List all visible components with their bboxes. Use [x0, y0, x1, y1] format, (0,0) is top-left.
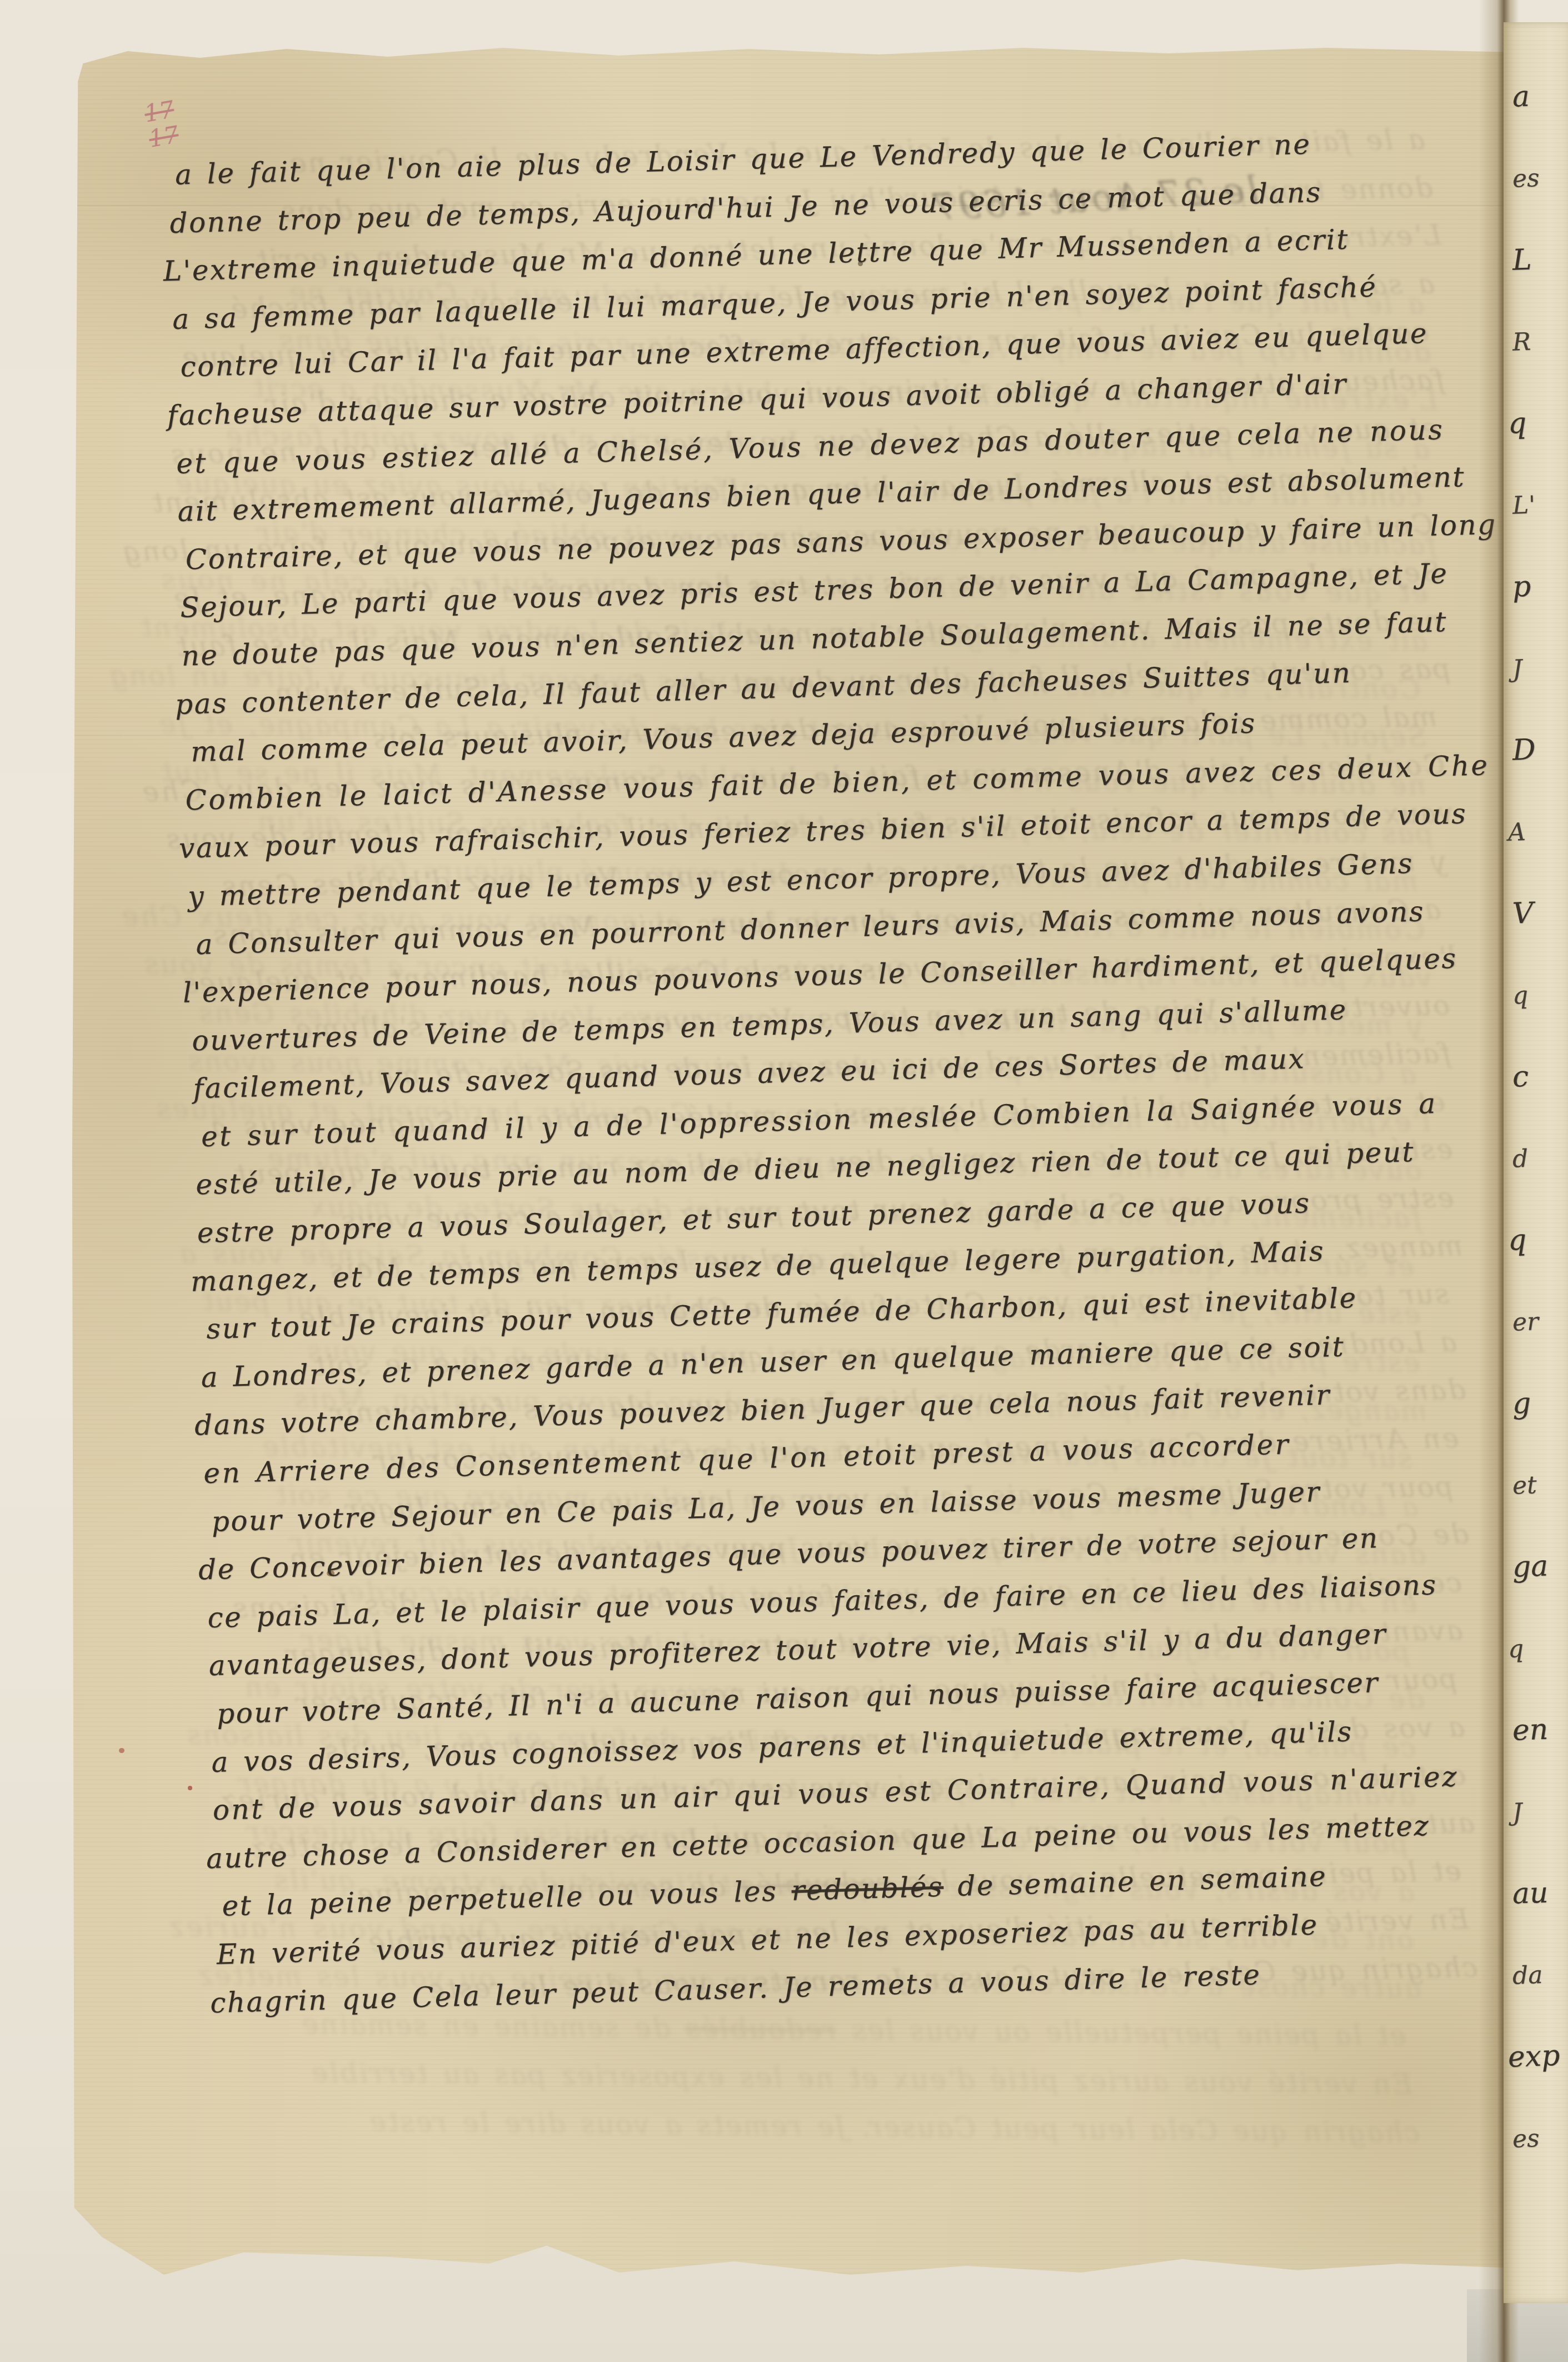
facing-page-fragment: J — [1511, 1770, 1568, 1853]
facing-page-fragment: er — [1511, 1280, 1568, 1363]
manuscript-text: a le fait que l'on aie plus de Loisir qu… — [168, 116, 1512, 2027]
red-speck — [119, 1748, 124, 1753]
facing-page-fragment: au — [1511, 1851, 1568, 1935]
facing-page-fragment: R — [1511, 299, 1568, 383]
facing-page-fragment: A — [1506, 790, 1568, 873]
facing-page-fragment: ga — [1511, 1525, 1568, 1608]
facing-page-fragment: et — [1511, 1443, 1568, 1526]
letter-page: a le fait que l'on aie plus de Loisir qu… — [70, 46, 1515, 2277]
facing-page-fragment: D — [1511, 708, 1568, 791]
archival-number-line: 17 — [147, 122, 181, 152]
facing-page-fragment: V — [1511, 871, 1568, 955]
facing-page-fragment: J — [1511, 626, 1568, 710]
facing-page-fragment: d — [1511, 1116, 1568, 1200]
facing-page-fragment: a — [1511, 54, 1568, 138]
facing-page-fragment: L — [1511, 218, 1568, 301]
facing-page: aesLRqL'pJDAVqcdqergetgaqenJaudaexpes — [1504, 22, 1568, 2303]
facing-page-fragment: L' — [1511, 463, 1568, 546]
manuscript-line: En verité vous auriez pitié d'eux et ne … — [118, 2047, 1413, 2109]
facing-page-fragment: q — [1506, 1606, 1568, 1690]
red-speck — [188, 1786, 192, 1790]
facing-page-fragment: q — [1506, 381, 1568, 465]
facing-page-fragment: q — [1506, 1198, 1568, 1282]
facing-page-fragment: es — [1511, 2096, 1568, 2180]
facing-page-fragment: c — [1511, 1035, 1568, 1118]
facing-page-fragment: es — [1511, 136, 1568, 219]
facing-page-fragment: en — [1511, 1688, 1568, 1771]
facing-page-fragment: g — [1511, 1361, 1568, 1445]
manuscript-line: chagrin que Cela leur peut Causer. Je re… — [117, 2095, 1420, 2156]
facing-page-fragment: p — [1511, 545, 1568, 628]
facing-page-fragment: q — [1511, 953, 1568, 1036]
facing-page-text-fragments: aesLRqL'pJDAVqcdqergetgaqenJaudaexpes — [1512, 56, 1568, 2179]
facing-page-fragment: da — [1511, 1933, 1568, 2016]
archival-number: 17 17 — [142, 97, 181, 152]
facing-page-fragment: exp — [1506, 2015, 1568, 2099]
